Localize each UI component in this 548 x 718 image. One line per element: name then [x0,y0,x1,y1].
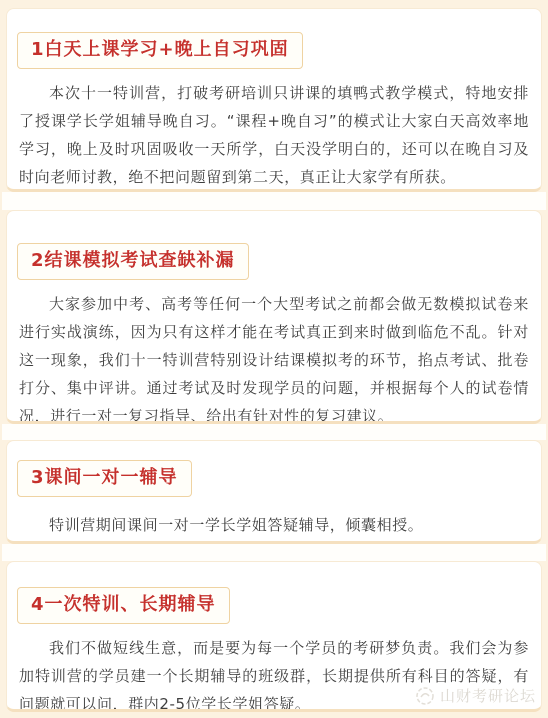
section-3-title: 3课间一对一辅导 [31,467,178,488]
section-card-mock-exam: 2结课模拟考试查缺补漏 大家参加中考、高考等任何一个大型考试之前都会做无数模拟试… [6,210,542,424]
section-4-title: 4一次特训、长期辅导 [31,594,216,615]
card-gap [2,192,546,210]
section-card-daytime-study: 1白天上课学习+晚上自习巩固 本次十一特训营，打破考研培训只讲课的填鸭式教学模式… [6,8,542,192]
bottom-margin-band [0,712,548,718]
section-card-one-on-one: 3课间一对一辅导 特训营期间课间一对一学长学姐答疑辅导，倾囊相授。 [6,440,542,544]
article-page: 1白天上课学习+晚上自习巩固 本次十一特训营，打破考研培训只讲课的填鸭式教学模式… [0,0,548,718]
section-2-title-box: 2结课模拟考试查缺补漏 [17,243,249,280]
top-margin-band [0,0,548,8]
section-4-title-box: 4一次特训、长期辅导 [17,587,230,624]
section-1-title: 1白天上课学习+晚上自习巩固 [31,39,289,60]
section-3-paragraph: 特训营期间课间一对一学长学姐答疑辅导，倾囊相授。 [19,511,529,539]
section-card-longterm-tutoring: 4一次特训、长期辅导 我们不做短线生意，而是要为每一个学员的考研梦负责。我们会为… [6,561,542,712]
card-gap [2,544,546,561]
section-2-title: 2结课模拟考试查缺补漏 [31,250,235,271]
section-2-paragraph: 大家参加中考、高考等任何一个大型考试之前都会做无数模拟试卷来进行实战演练，因为只… [19,290,529,424]
section-1-title-box: 1白天上课学习+晚上自习巩固 [17,32,303,69]
section-3-title-box: 3课间一对一辅导 [17,460,192,497]
section-1-paragraph: 本次十一特训营，打破考研培训只讲课的填鸭式教学模式，特地安排了授课学长学姐辅导晚… [19,79,529,191]
section-4-paragraph: 我们不做短线生意，而是要为每一个学员的考研梦负责。我们会为参加特训营的学员建一个… [19,634,529,712]
card-gap [2,424,546,440]
